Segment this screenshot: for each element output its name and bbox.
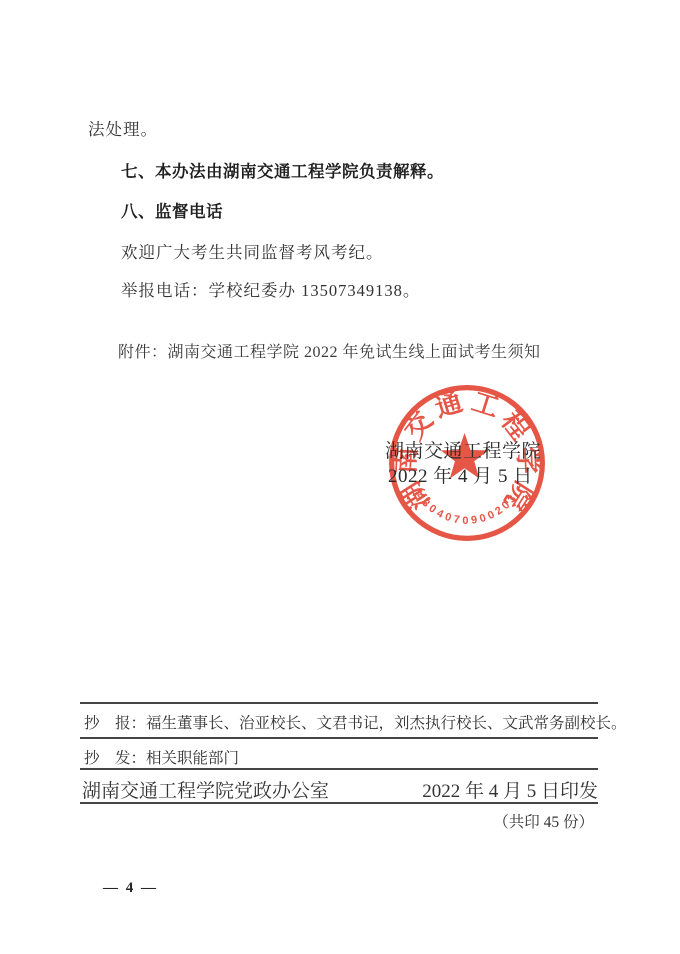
attachment-line: 附件：湖南交通工程学院 2022 年免试生线上面试考生须知 (118, 339, 541, 362)
para-supervise: 欢迎广大考生共同监督考风考纪。 (121, 239, 384, 263)
footer-rule-4 (80, 802, 598, 804)
copies-count: （共印 45 份） (493, 810, 594, 832)
footer-rule-1 (80, 702, 598, 704)
copy-send-row: 抄 发：相关职能部门 (84, 746, 239, 768)
page-number: — 4 — (103, 880, 158, 897)
footer-rule-3 (80, 768, 598, 770)
document-page: 法处理。 七、本办法由湖南交通工程学院负责解释。 八、监督电话 欢迎广大考生共同… (0, 0, 680, 954)
print-date: 2022 年 4 月 5 日印发 (422, 776, 598, 803)
signature-date: 2022 年 4 月 5 日 (388, 461, 533, 488)
heading-eight: 八、监督电话 (121, 198, 223, 222)
footer-rule-2 (80, 737, 598, 739)
para-report: 举报电话：学校纪委办 13507349138。 (121, 277, 420, 301)
heading-seven: 七、本办法由湖南交通工程学院负责解释。 (121, 158, 444, 182)
signature-issuer: 湖南交通工程学院 (385, 436, 541, 463)
carryover-line: 法处理。 (88, 116, 158, 140)
copy-report-row: 抄 报：福生董事长、治亚校长、文君书记，刘杰执行校长、文武常务副校长。 (84, 711, 627, 733)
issuing-office: 湖南交通工程学院党政办公室 (82, 776, 329, 803)
